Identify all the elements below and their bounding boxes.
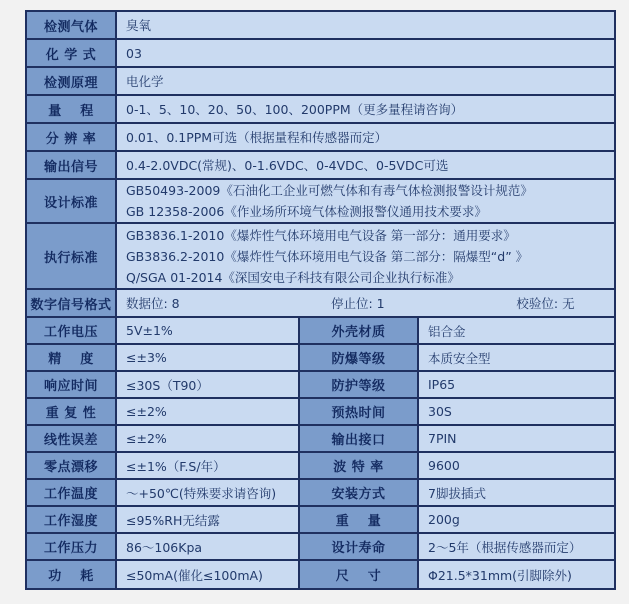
spec-label: 检测原理: [27, 68, 117, 94]
spec-label: 安装方式: [300, 480, 419, 505]
spec-label: 重 量: [300, 507, 419, 532]
spec-row: 输出信号0.4-2.0VDC(常规)、0-1.6VDC、0-4VDC、0-5VD…: [27, 152, 614, 180]
spec-value: ≤±2%: [117, 426, 300, 451]
spec-value: Φ21.5*31mm(引脚除外): [419, 561, 614, 588]
spec-row: 化 学 式03: [27, 40, 614, 68]
spec-row: 检测原理电化学: [27, 68, 614, 96]
spec-value: ≤±2%: [117, 399, 300, 424]
spec-value: 臭氧: [117, 12, 614, 38]
spec-label: 波 特 率: [300, 453, 419, 478]
spec-value: GB50493-2009《石油化工企业可燃气体和有毒气体检测报警设计规范》GB …: [117, 180, 614, 222]
spec-row: 工作压力86～106Kpa设计寿命2～5年（根据传感器而定）: [27, 534, 614, 561]
digital-signal-item: 停止位: 1: [331, 294, 516, 312]
spec-label: 执行标准: [27, 224, 117, 288]
spec-value: 30S: [419, 399, 614, 424]
spec-value: 200g: [419, 507, 614, 532]
spec-value-line: GB3836.1-2010《爆炸性气体环境用电气设备 第一部分：通用要求》: [126, 225, 516, 246]
digital-signal-item: 数据位: 8: [126, 294, 331, 312]
spec-label: 工作温度: [27, 480, 117, 505]
spec-row: 工作电压5V±1%外壳材质铝合金: [27, 318, 614, 345]
spec-row-digital-signal: 数字信号格式数据位: 8停止位: 1校验位: 无: [27, 290, 614, 318]
spec-label: 输出接口: [300, 426, 419, 451]
spec-value: 5V±1%: [117, 318, 300, 343]
spec-row: 工作温度～+50℃(特殊要求请咨询)安装方式7脚拔插式: [27, 480, 614, 507]
spec-row: 重 复 性≤±2%预热时间30S: [27, 399, 614, 426]
spec-value-line: Q/SGA 01-2014《深国安电子科技有限公司企业执行标准》: [126, 267, 460, 288]
spec-row: 执行标准GB3836.1-2010《爆炸性气体环境用电气设备 第一部分：通用要求…: [27, 224, 614, 290]
spec-label: 重 复 性: [27, 399, 117, 424]
spec-row: 精 度≤±3%防爆等级本质安全型: [27, 345, 614, 372]
spec-row: 响应时间≤30S（T90）防护等级IP65: [27, 372, 614, 399]
spec-value-line: GB 12358-2006《作业场所环境气体检测报警仪通用技术要求》: [126, 201, 487, 222]
spec-row: 量 程0-1、5、10、20、50、100、200PPM（更多量程请咨询）: [27, 96, 614, 124]
spec-label: 防护等级: [300, 372, 419, 397]
spec-value: ≤95%RH无结露: [117, 507, 300, 532]
spec-label: 防爆等级: [300, 345, 419, 370]
spec-label: 零点漂移: [27, 453, 117, 478]
spec-label: 设计寿命: [300, 534, 419, 559]
spec-label: 工作压力: [27, 534, 117, 559]
spec-value: ≤±3%: [117, 345, 300, 370]
spec-value: ≤50mA(催化≤100mA): [117, 561, 300, 588]
spec-value: 数据位: 8停止位: 1校验位: 无: [117, 290, 614, 316]
spec-label: 设计标准: [27, 180, 117, 222]
spec-label: 预热时间: [300, 399, 419, 424]
spec-label: 尺 寸: [300, 561, 419, 588]
spec-value: 03: [117, 40, 614, 66]
spec-label: 工作湿度: [27, 507, 117, 532]
spec-value: ～+50℃(特殊要求请咨询): [117, 480, 300, 505]
digital-signal-item: 校验位: 无: [516, 294, 614, 312]
spec-value: 电化学: [117, 68, 614, 94]
spec-value: 铝合金: [419, 318, 614, 343]
spec-label: 化 学 式: [27, 40, 117, 66]
spec-row: 零点漂移≤±1%（F.S/年）波 特 率9600: [27, 453, 614, 480]
spec-value: 0.01、0.1PPM可选（根据量程和传感器而定）: [117, 124, 614, 150]
spec-label: 功 耗: [27, 561, 117, 588]
spec-label: 输出信号: [27, 152, 117, 178]
spec-value: 本质安全型: [419, 345, 614, 370]
spec-value: 7脚拔插式: [419, 480, 614, 505]
spec-label: 检测气体: [27, 12, 117, 38]
spec-label: 线性误差: [27, 426, 117, 451]
spec-value-line: GB50493-2009《石油化工企业可燃气体和有毒气体检测报警设计规范》: [126, 180, 533, 201]
spec-row: 设计标准GB50493-2009《石油化工企业可燃气体和有毒气体检测报警设计规范…: [27, 180, 614, 224]
spec-row: 分 辨 率0.01、0.1PPM可选（根据量程和传感器而定）: [27, 124, 614, 152]
spec-value: 0.4-2.0VDC(常规)、0-1.6VDC、0-4VDC、0-5VDC可选: [117, 152, 614, 178]
spec-value: ≤30S（T90）: [117, 372, 300, 397]
spec-label: 数字信号格式: [27, 290, 117, 316]
spec-value: GB3836.1-2010《爆炸性气体环境用电气设备 第一部分：通用要求》GB3…: [117, 224, 614, 288]
spec-value: 9600: [419, 453, 614, 478]
spec-value: IP65: [419, 372, 614, 397]
spec-value: 0-1、5、10、20、50、100、200PPM（更多量程请咨询）: [117, 96, 614, 122]
spec-value: 86～106Kpa: [117, 534, 300, 559]
spec-row: 工作湿度≤95%RH无结露重 量200g: [27, 507, 614, 534]
spec-row: 线性误差≤±2%输出接口7PIN: [27, 426, 614, 453]
spec-label: 响应时间: [27, 372, 117, 397]
spec-label: 量 程: [27, 96, 117, 122]
spec-row: 功 耗≤50mA(催化≤100mA)尺 寸Φ21.5*31mm(引脚除外): [27, 561, 614, 588]
spec-label: 外壳材质: [300, 318, 419, 343]
spec-value-line: GB3836.2-2010《爆炸性气体环境用电气设备 第二部分：隔爆型“d” 》: [126, 246, 528, 267]
spec-label: 分 辨 率: [27, 124, 117, 150]
spec-value: 2～5年（根据传感器而定）: [419, 534, 614, 559]
gas-detector-spec-table: 检测气体臭氧化 学 式03检测原理电化学量 程0-1、5、10、20、50、10…: [25, 10, 616, 590]
spec-row: 检测气体臭氧: [27, 12, 614, 40]
spec-label: 精 度: [27, 345, 117, 370]
spec-label: 工作电压: [27, 318, 117, 343]
spec-value: ≤±1%（F.S/年）: [117, 453, 300, 478]
spec-value: 7PIN: [419, 426, 614, 451]
